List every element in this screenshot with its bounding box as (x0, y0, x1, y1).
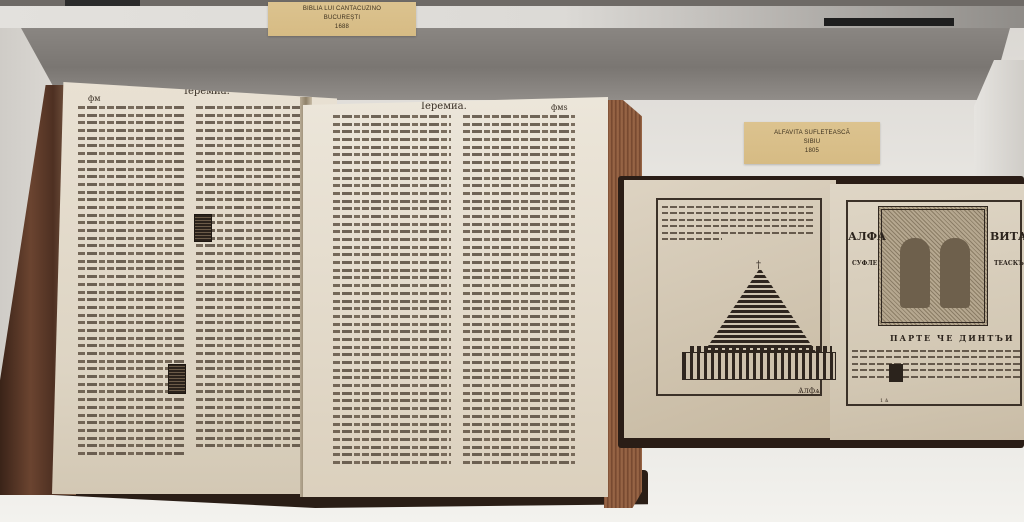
title-left: АЛФА (848, 230, 886, 243)
subtitle-right: ТЕАСКЪ (994, 260, 1024, 267)
bible-left-page: фм Іеремиа. (52, 82, 337, 494)
woodcut-illustration (878, 206, 988, 326)
text-column-left (78, 106, 186, 460)
shelf-front-edge (0, 6, 1024, 28)
text-column-left (333, 115, 451, 469)
alfavita-intro-text (662, 206, 814, 244)
text-column-right (196, 106, 306, 452)
exhibit-label-alfavita: ALFAVITA SUFLETEASCĂ SIBIU 1805 (744, 122, 880, 164)
pyramid-base-pattern (682, 352, 836, 380)
label-place: SIBIU (744, 138, 880, 147)
label-year: 1688 (268, 23, 416, 32)
label-title: ALFAVITA SUFLETEASCĂ (744, 129, 880, 138)
label-title: BIBLIA LUI CANTACUZINO (268, 5, 416, 14)
part-heading: ПАРТЕ ЧЕ ДИНТЪИ (890, 333, 1015, 343)
text-column-right (463, 115, 575, 469)
exhibit-label-biblia: BIBLIA LUI CANTACUZINO BUCUREȘTI 1688 (268, 2, 416, 36)
subtitle-left: СУФЛЕ (852, 260, 877, 267)
woodcut-ornament (168, 364, 186, 394)
page-number: фм (88, 94, 100, 103)
drop-capital (889, 364, 903, 382)
running-head: Іеремиа. (421, 101, 467, 112)
page-number: фмѕ (551, 103, 568, 112)
woodcut-ornament (194, 214, 212, 242)
figure-left (900, 238, 930, 308)
title-right: ВИТА (990, 230, 1024, 243)
alfavita-body-text (852, 350, 1020, 382)
page-signature: Ѧлфѧ. (798, 386, 822, 395)
bible-right-page: Іеремиа. фмѕ (303, 97, 608, 497)
folio-mark: 1 Ѧ (880, 398, 888, 404)
label-year: 1805 (744, 147, 880, 156)
label-place: BUCUREȘTI (268, 14, 416, 23)
museum-display-case: BIBLIA LUI CANTACUZINO BUCUREȘTI 1688 фм… (0, 0, 1024, 522)
figure-right (940, 238, 970, 308)
shelf-shadow-strip (824, 18, 954, 26)
